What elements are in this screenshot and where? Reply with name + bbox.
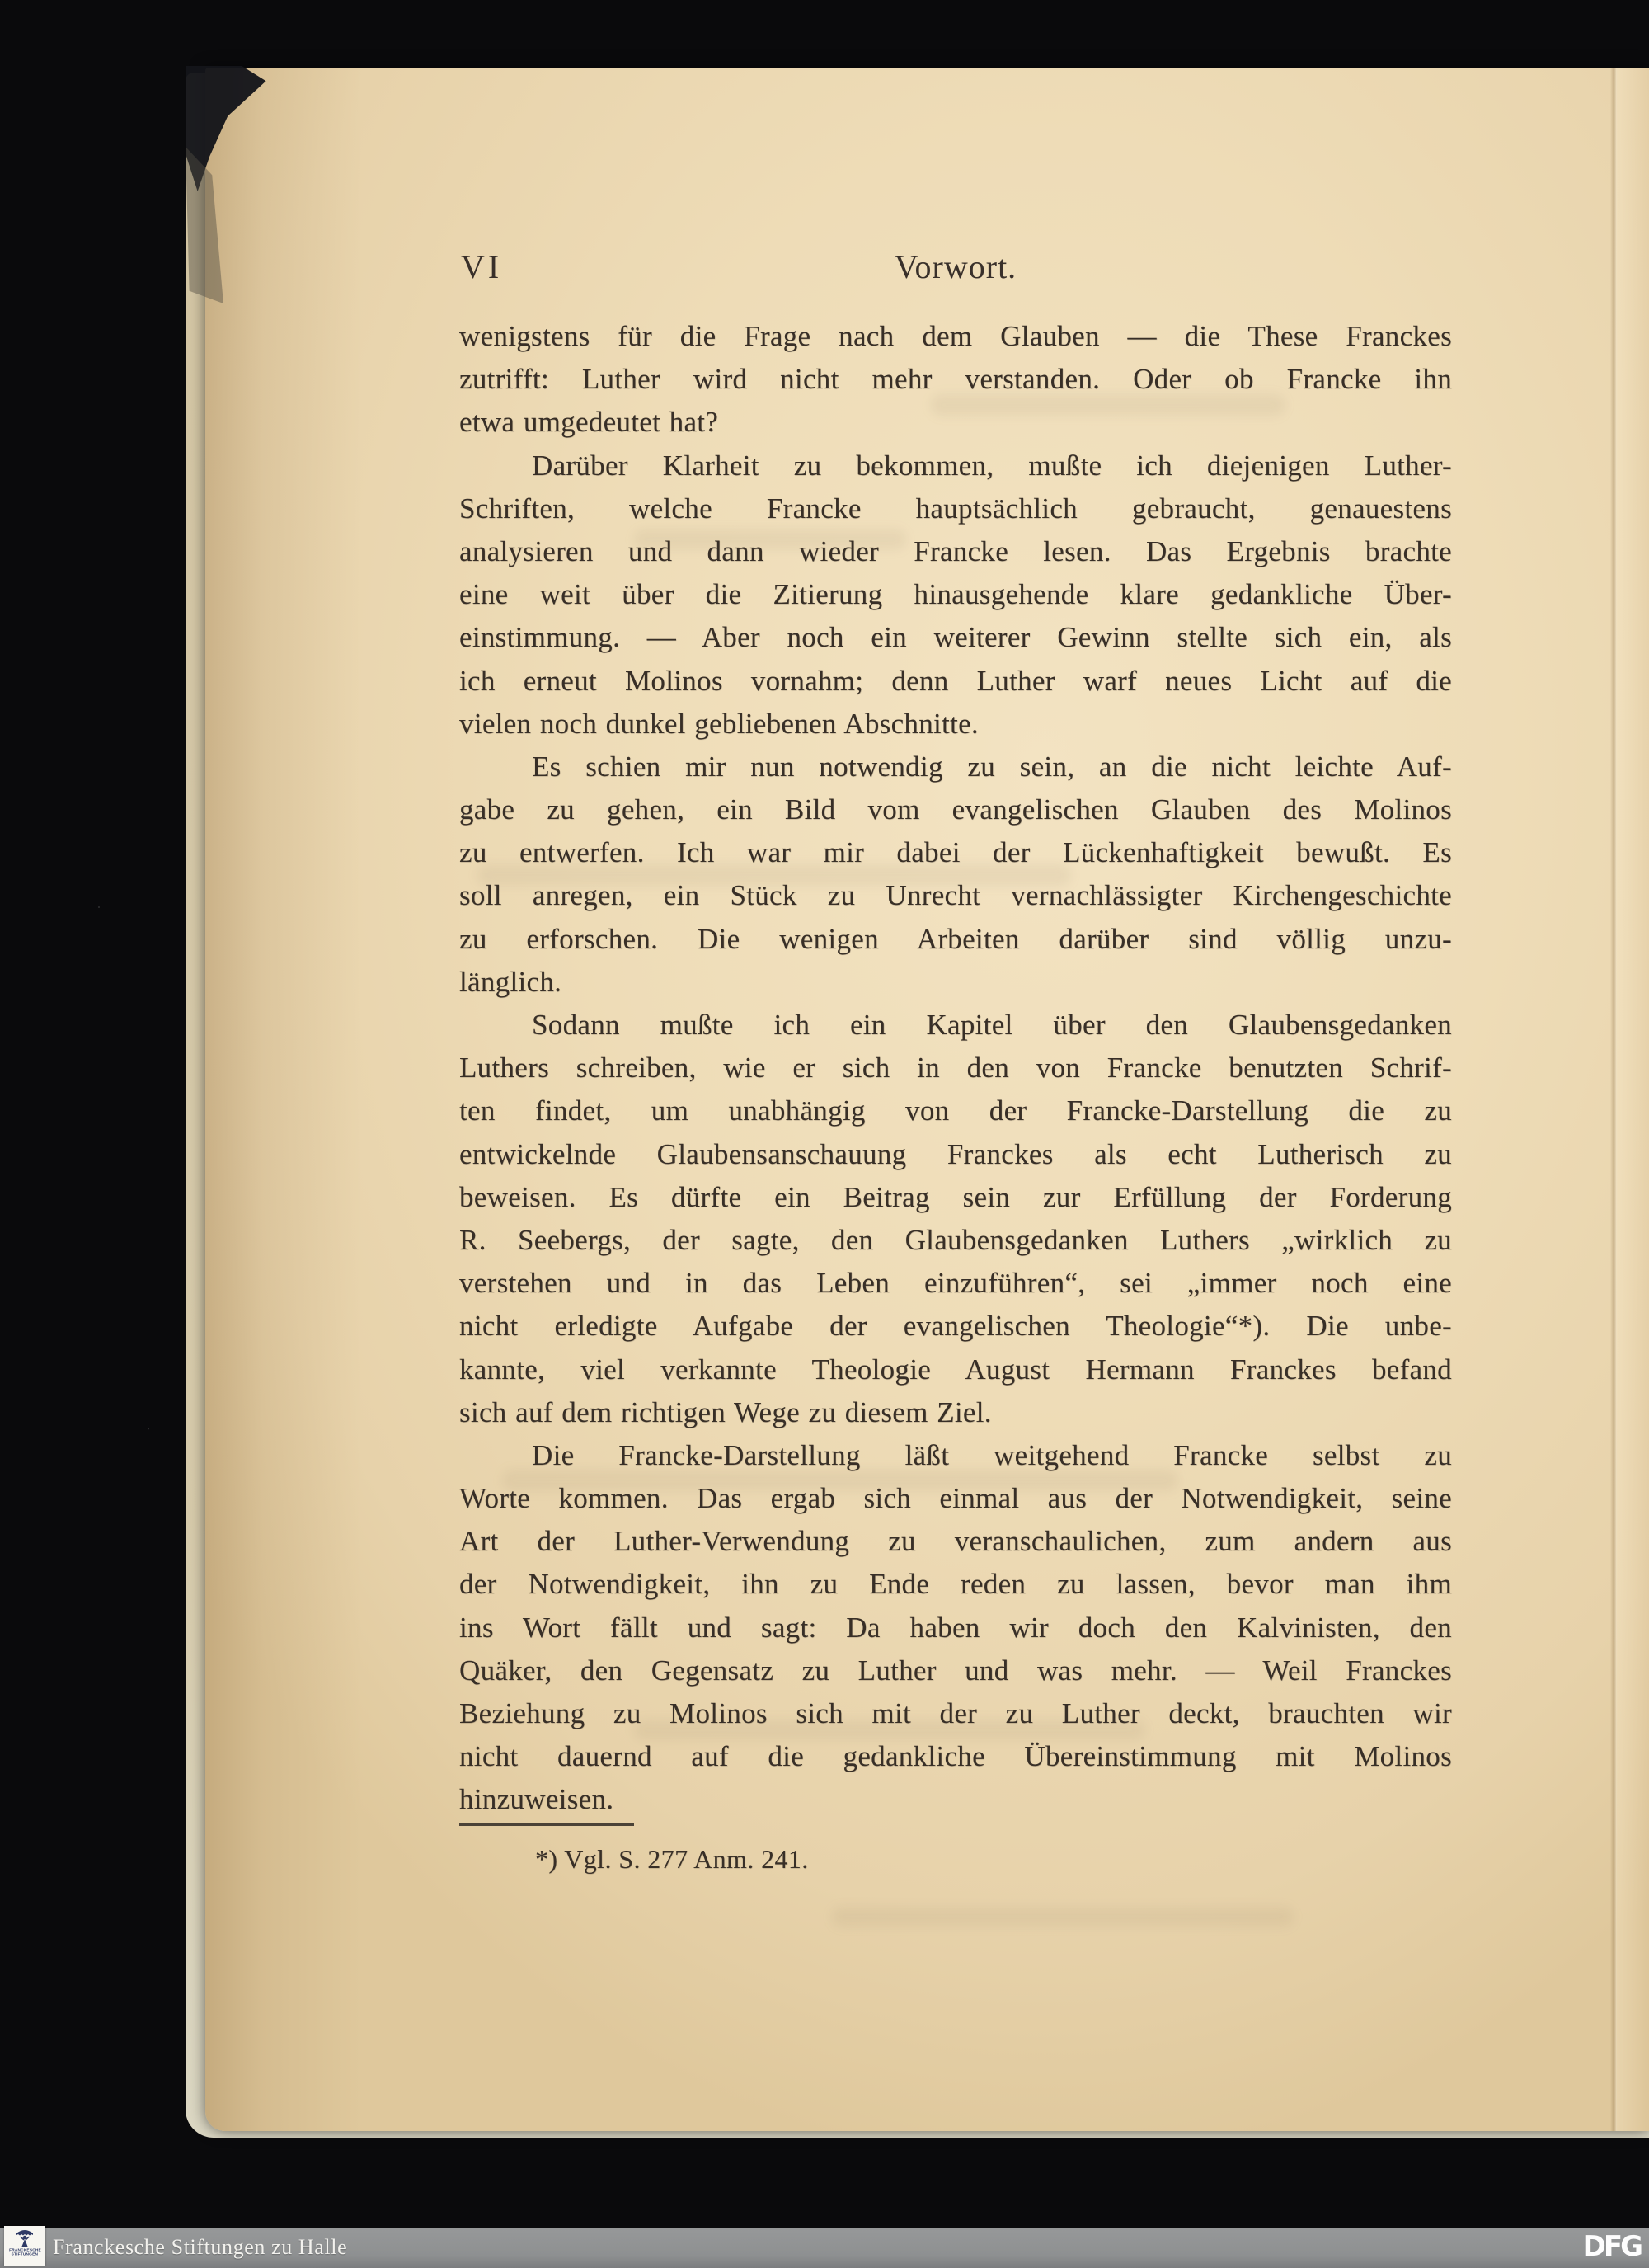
paragraph: Die Francke-Darstellung läßt weitgehend …	[459, 1434, 1452, 1822]
text-line: ten findet, um unabhängig von der Franck…	[459, 1089, 1452, 1132]
text-line: ins Wort fällt und sagt: Da haben wir do…	[459, 1607, 1452, 1649]
text-line: verstehen und in das Leben einzuführen“,…	[459, 1262, 1452, 1305]
bleed-through	[832, 1907, 1294, 1927]
text-line: kannte, viel verkannte Theologie August …	[459, 1348, 1452, 1391]
text-block: wenigstens für die Frage nach dem Glaube…	[459, 315, 1452, 1822]
text-line: zutrifft: Luther wird nicht mehr verstan…	[459, 358, 1452, 401]
paragraph: Sodann mußte ich ein Kapitel über den Gl…	[459, 1004, 1452, 1434]
text-line: etwa umgedeutet hat?	[459, 401, 1452, 444]
text-line: länglich.	[459, 961, 1452, 1004]
text-line: Art der Luther-Verwendung zu veranschaul…	[459, 1520, 1452, 1563]
text-line: eine weit über die Zitierung hinausgehen…	[459, 573, 1452, 616]
worn-corner-shading	[186, 147, 223, 303]
text-line: nicht dauernd auf die gedankliche Überei…	[459, 1735, 1452, 1778]
text-line: hinzuweisen.	[459, 1778, 1452, 1821]
text-line: Luthers schreiben, wie er sich in den vo…	[459, 1047, 1452, 1089]
text-line: Schriften, welche Francke hauptsächlich …	[459, 487, 1452, 530]
paragraph: Darüber Klarheit zu bekommen, mußte ich …	[459, 445, 1452, 746]
text-line: Quäker, den Gegensatz zu Luther und was …	[459, 1649, 1452, 1692]
text-line: R. Seebergs, der sagte, den Glaubensgeda…	[459, 1219, 1452, 1262]
text-line: Es schien mir nun notwendig zu sein, an …	[459, 746, 1452, 788]
footnote: *) Vgl. S. 277 Anm. 241.	[535, 1841, 809, 1877]
text-line: Sodann mußte ich ein Kapitel über den Gl…	[459, 1004, 1452, 1047]
provider-logo-caption-line2: STIFTUNGEN	[12, 2252, 38, 2256]
text-line: Worte kommen. Das ergab sich einmal aus …	[459, 1477, 1452, 1520]
viewer-bar: FRANCKESCHE STIFTUNGEN Franckesche Stift…	[0, 2228, 1649, 2268]
scan-viewer: VI Vorwort. wenigstens für die Frage nac…	[0, 0, 1649, 2268]
text-line: zu entwerfen. Ich war mir dabei der Lück…	[459, 831, 1452, 874]
text-line: der Notwendigkeit, ihn zu Ende reden zu …	[459, 1563, 1452, 1606]
paragraph: wenigstens für die Frage nach dem Glaube…	[459, 315, 1452, 445]
provider-logo: FRANCKESCHE STIFTUNGEN	[4, 2226, 45, 2266]
text-line: Beziehung zu Molinos sich mit der zu Lut…	[459, 1692, 1452, 1735]
provider-name: Franckesche Stiftungen zu Halle	[53, 2228, 347, 2268]
text-line: analysieren und dann wieder Francke lese…	[459, 530, 1452, 573]
text-line: einstimmung. — Aber noch ein weiterer Ge…	[459, 616, 1452, 659]
book-page: VI Vorwort. wenigstens für die Frage nac…	[205, 68, 1649, 2131]
text-line: Die Francke-Darstellung läßt weitgehend …	[459, 1434, 1452, 1477]
next-page-edge	[1617, 68, 1649, 2131]
text-line: nicht erledigte Aufgabe der evangelische…	[459, 1305, 1452, 1348]
footnote-rule	[459, 1823, 634, 1826]
page-header: VI Vorwort.	[459, 244, 1452, 289]
text-line: zu erforschen. Die wenigen Arbeiten darü…	[459, 918, 1452, 961]
text-line: gabe zu gehen, ein Bild vom evangelische…	[459, 788, 1452, 831]
text-line: vielen noch dunkel gebliebenen Abschnitt…	[459, 703, 1452, 746]
franckesche-emblem-icon	[14, 2228, 35, 2248]
dfg-logo: DFG	[1583, 2228, 1641, 2268]
text-line: sich auf dem richtigen Wege zu diesem Zi…	[459, 1391, 1452, 1434]
running-title: Vorwort.	[459, 247, 1452, 286]
text-line: ich erneut Molinos vornahm; denn Luther …	[459, 660, 1452, 703]
text-line: wenigstens für die Frage nach dem Glaube…	[459, 315, 1452, 358]
text-line: soll anregen, ein Stück zu Unrecht verna…	[459, 874, 1452, 917]
text-line: Darüber Klarheit zu bekommen, mußte ich …	[459, 445, 1452, 487]
text-line: beweisen. Es dürfte ein Beitrag sein zur…	[459, 1176, 1452, 1219]
page-crease	[1610, 68, 1617, 2131]
paragraph: Es schien mir nun notwendig zu sein, an …	[459, 746, 1452, 1004]
text-line: entwickelnde Glaubensanschauung Franckes…	[459, 1133, 1452, 1176]
